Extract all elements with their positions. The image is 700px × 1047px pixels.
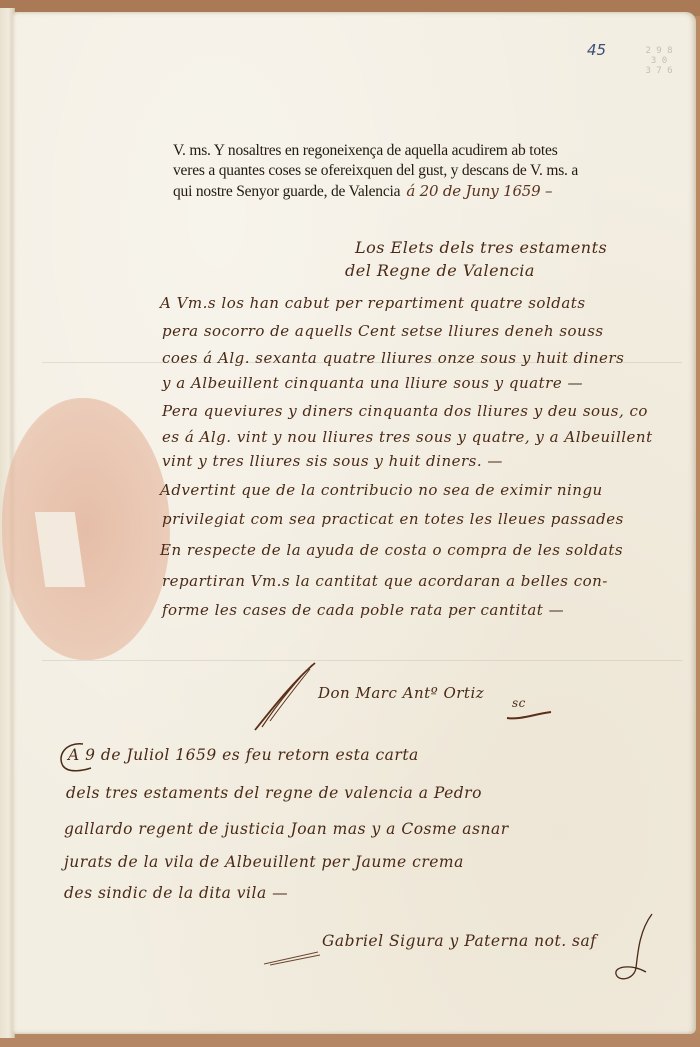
endorsement-line: dels tres estaments del regne de valenci… xyxy=(66,784,482,802)
printed-line: qui nostre Senyor guarde, de Valenciaá 2… xyxy=(173,181,613,202)
signature-ortiz: Don Marc Antº Ortiz xyxy=(318,684,484,702)
folio-number: 45 xyxy=(587,41,606,59)
body-line: A Vm.s los han cabut per repartiment qua… xyxy=(160,294,586,312)
archive-pencil-marks: 2 9 8 3 0 3 7 6 xyxy=(644,46,674,76)
handwritten-date: á 20 de Juny 1659 – xyxy=(406,182,552,200)
printed-line: V. ms. Y nosaltres en regoneixença de aq… xyxy=(173,141,613,161)
fold-line xyxy=(42,660,682,661)
printed-closing-text: V. ms. Y nosaltres en regoneixença de aq… xyxy=(173,141,613,202)
body-line: En respecte de la ayuda de costa o compr… xyxy=(160,541,623,559)
body-line: vint y tres lliures sis sous y huit dine… xyxy=(162,452,503,470)
printed-line: veres a quantes coses se ofereixquen del… xyxy=(173,161,613,181)
body-line: pera socorro de aquells Cent setse lliur… xyxy=(162,322,604,340)
endorsement-line: des sindic de la dita vila — xyxy=(64,884,288,902)
closing-line: Los Elets dels tres estaments xyxy=(355,238,607,257)
body-line: privilegiat com sea practicat en totes l… xyxy=(162,510,624,528)
body-line: Pera queviures y diners cinquanta dos ll… xyxy=(162,402,648,420)
closing-line: del Regne de Valencia xyxy=(345,261,535,280)
notary-rubric-flourish xyxy=(610,910,660,985)
body-line: y a Albeuillent cinquanta una lliure sou… xyxy=(162,374,583,392)
signature-lead-stroke xyxy=(262,950,322,966)
body-line: Advertint que de la contribucio no sea d… xyxy=(160,481,603,499)
body-line: repartiran Vm.s la cantitat que acordara… xyxy=(162,572,608,590)
endorsement-line: A 9 de Juliol 1659 es feu retorn esta ca… xyxy=(68,746,419,764)
endorsement-line: gallardo regent de justicia Joan mas y a… xyxy=(64,820,509,838)
rubric-stroke xyxy=(505,708,555,722)
signature-flourish xyxy=(250,655,320,735)
body-line: forme les cases de cada poble rata per c… xyxy=(162,601,564,619)
body-line: coes á Alg. sexanta quatre lliures onze … xyxy=(162,349,624,367)
wax-seal-stain xyxy=(2,398,170,660)
body-line: es á Alg. vint y nou lliures tres sous y… xyxy=(162,428,653,446)
endorsement-line: jurats de la vila de Albeuillent per Jau… xyxy=(64,853,464,871)
signature-notary: Gabriel Sigura y Paterna not. saf xyxy=(322,932,596,950)
scan-backdrop-bottom xyxy=(0,1033,700,1047)
